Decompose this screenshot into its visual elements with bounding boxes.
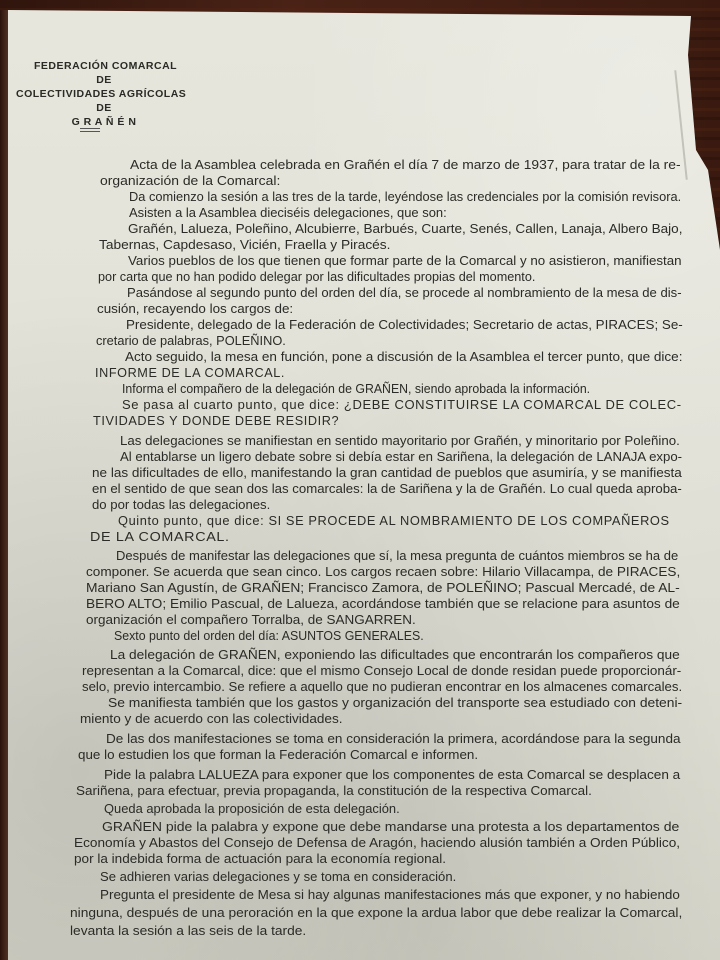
text-line: Grañén, Lalueza, Poleñino, Alcubierre, B… (128, 221, 682, 236)
text-line: cusión, recayendo los cargos de: (97, 301, 293, 316)
text-line: Pasándose al segundo punto del orden del… (127, 285, 682, 300)
text-line: Se pasa al cuarto punto, que dice: ¿DEBE… (122, 397, 682, 412)
text-line: Quinto punto, que dice: SI SE PROCEDE AL… (118, 513, 670, 528)
text-line: Pide la palabra LALUEZA para exponer que… (104, 767, 680, 782)
text-line: Tabernas, Capdesaso, Vicién, Fraella y P… (99, 237, 390, 252)
text-line: cretario de palabras, POLEÑINO. (96, 333, 286, 348)
text-line: por la indebida forma de actuación para … (74, 851, 446, 866)
text-line: Queda aprobada la proposición de esta de… (104, 801, 400, 816)
letterhead-rule (80, 128, 100, 132)
text-line: selo, previo intercambio. Se refiere a a… (82, 679, 682, 694)
text-line: La delegación de GRAÑEN, exponiendo las … (110, 647, 680, 662)
text-line: DE LA COMARCAL. (90, 529, 230, 544)
text-line: organización de la Comarcal: (100, 173, 280, 188)
letterhead-line-colectividades: COLECTIVIDADES AGRÍCOLAS (16, 88, 186, 100)
text-line: TIVIDADES Y DONDE DEBE RESIDIR? (93, 413, 339, 428)
letterhead-line-de-1: DE (34, 74, 174, 86)
text-line: componer. Se acuerda que sean cinco. Los… (86, 564, 680, 579)
text-line: ne las dificultades de ello, manifestand… (92, 465, 682, 480)
text-line: en el sentido de que sean dos las comarc… (92, 481, 682, 496)
text-line: Presidente, delegado de la Federación de… (126, 317, 683, 332)
text-line: ninguna, después de una peroración en la… (70, 905, 682, 920)
text-line: Informa el compañero de la delegación de… (122, 381, 590, 396)
text-line: Pregunta el presidente de Mesa si hay al… (100, 887, 680, 902)
text-line: representan a la Comarcal, dice: que el … (82, 663, 681, 678)
text-line: Da comienzo la sesión a las tres de la t… (129, 189, 681, 204)
letterhead-line-federacion: FEDERACIÓN COMARCAL (34, 60, 174, 72)
text-line: Las delegaciones se manifiestan en senti… (120, 433, 680, 448)
text-line: Acto seguido, la mesa en función, pone a… (125, 349, 682, 364)
text-line: Al entablarse un ligero debate sobre si … (120, 449, 682, 464)
text-line: De las dos manifestaciones se toma en co… (106, 731, 681, 746)
text-line: GRAÑEN pide la palabra y expone que debe… (102, 819, 679, 834)
text-line: Economía y Abastos del Consejo de Defens… (74, 835, 680, 850)
text-line: Se manifiesta también que los gastos y o… (108, 695, 682, 710)
text-line: Acta de la Asamblea celebrada en Grañén … (130, 157, 681, 172)
text-line: miento y de acuerdo con las colectividad… (80, 711, 343, 726)
text-line: INFORME DE LA COMARCAL. (95, 365, 285, 380)
text-line: Sariñena, para efectuar, previa propagan… (76, 783, 592, 798)
text-line: Después de manifestar las delegaciones q… (116, 548, 678, 563)
text-line: por carta que no han podido delegar por … (98, 269, 535, 284)
text-line: BERO ALTO; Emilio Pascual, de Lalueza, a… (86, 596, 680, 611)
text-line: Varios pueblos de los que tienen que for… (128, 253, 682, 268)
text-line: Sexto punto del orden del día: ASUNTOS G… (114, 628, 424, 643)
text-line: Mariano San Agustín, de GRAÑEN; Francisc… (86, 580, 680, 595)
letterhead-line-de-2: DE (34, 102, 174, 114)
letterhead-line-granen: G R A Ñ É N (34, 116, 174, 128)
text-line: do por todas las delegaciones. (92, 497, 270, 512)
text-line: Asisten a la Asamblea dieciséis delegaci… (129, 205, 447, 220)
text-line: que lo estudien los que forman la Federa… (78, 747, 478, 762)
text-line: levanta la sesión a las seis de la tarde… (70, 923, 306, 938)
text-line: organización el compañero Torralba, de S… (86, 612, 416, 627)
text-line: Se adhieren varias delegaciones y se tom… (100, 869, 456, 884)
